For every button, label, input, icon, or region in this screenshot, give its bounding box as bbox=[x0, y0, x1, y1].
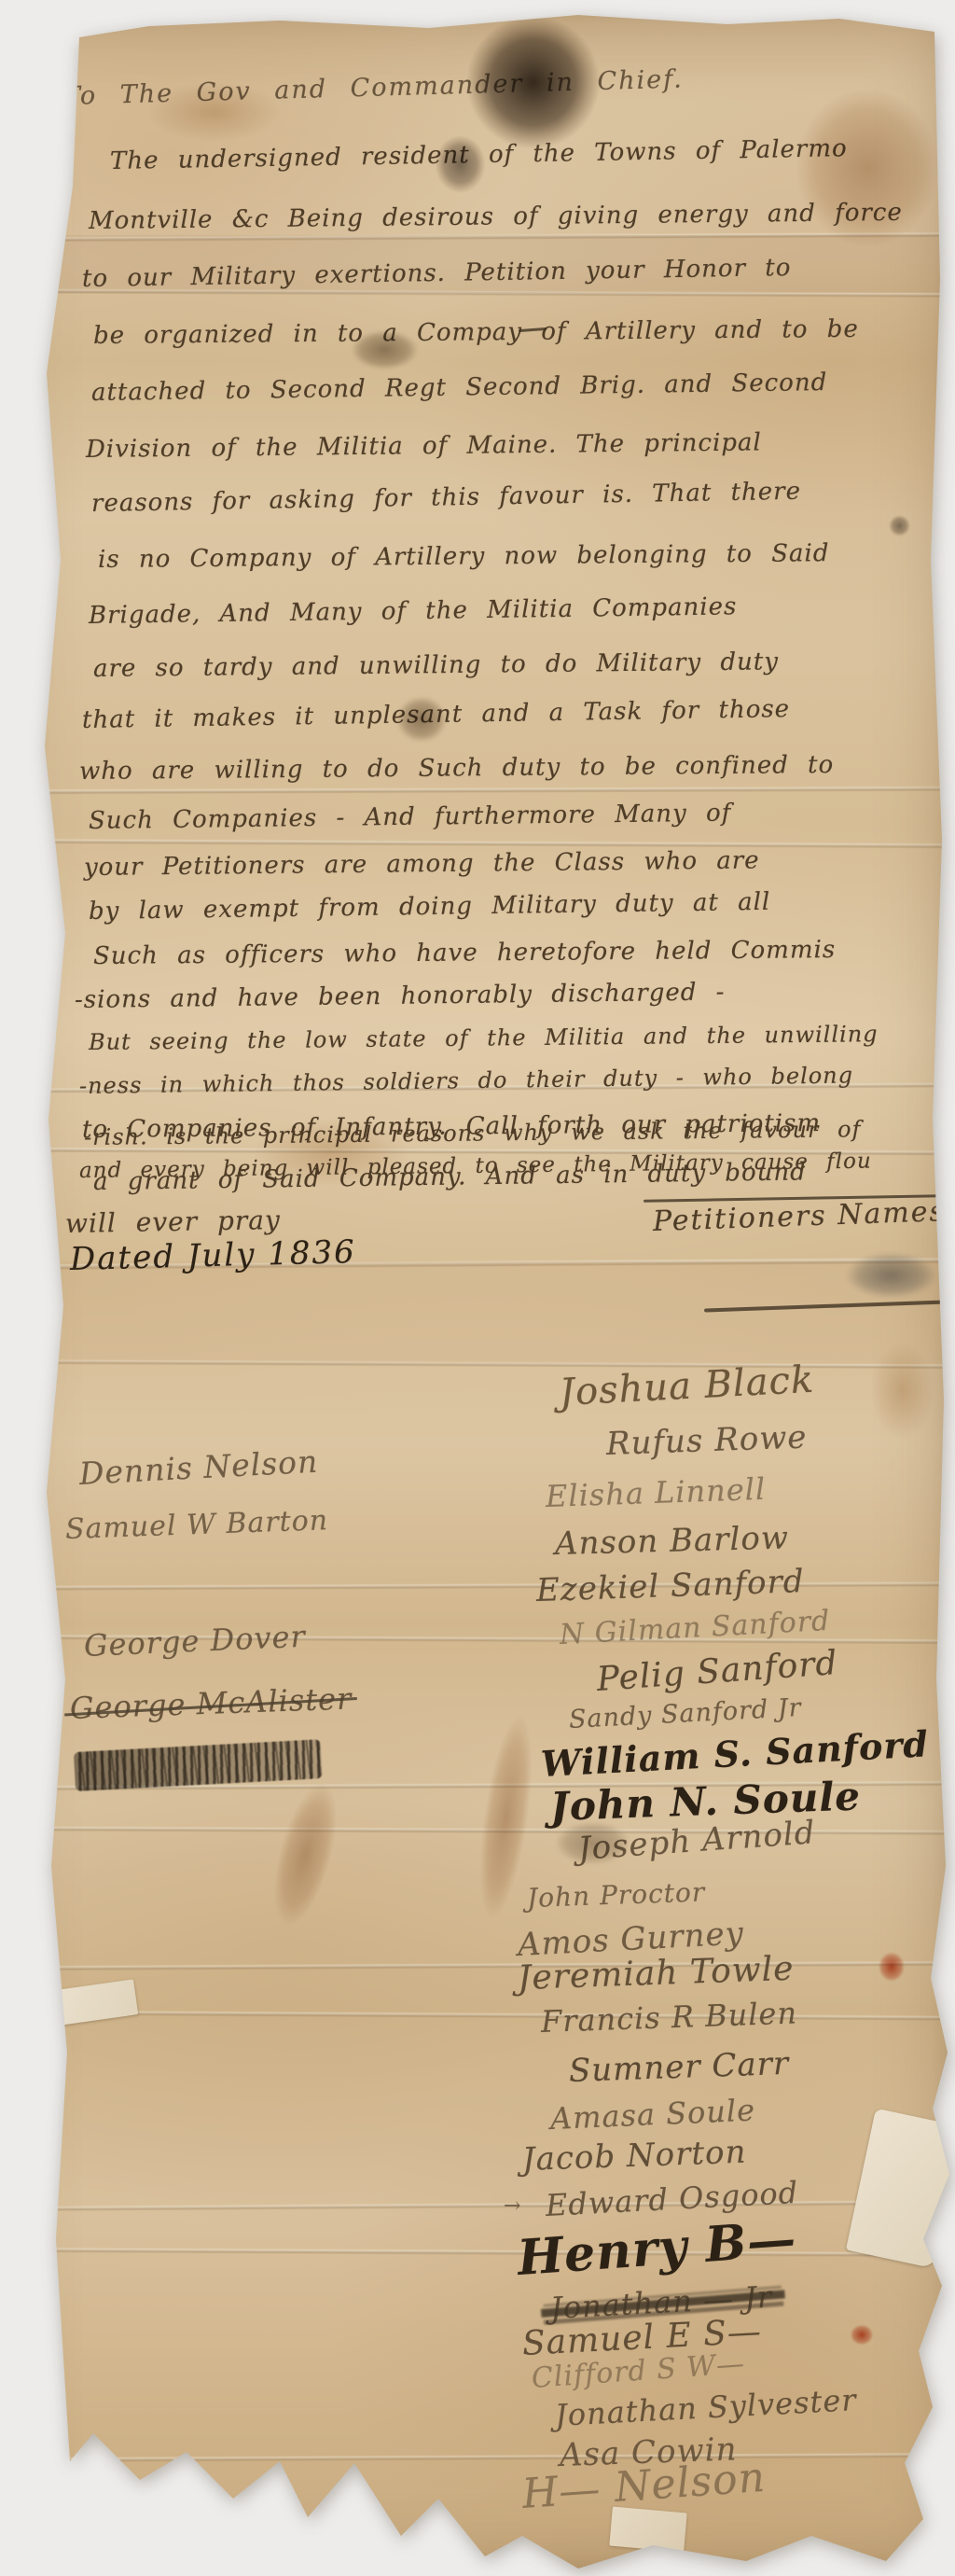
red-wax-mark bbox=[877, 1950, 907, 1984]
tape-fragment bbox=[43, 1979, 138, 2026]
fold-crease bbox=[9, 787, 946, 794]
signature: N Gilman Sanford bbox=[559, 1605, 831, 1651]
water-streak bbox=[254, 1763, 357, 1946]
manuscript-line: that it makes it unplesant and a Task fo… bbox=[82, 695, 791, 734]
ink-stroke bbox=[704, 1300, 947, 1312]
manuscript-line: by law exempt from doing Military duty a… bbox=[89, 888, 771, 926]
fold-crease bbox=[9, 2248, 946, 2256]
signature: Samuel W Barton bbox=[64, 1504, 328, 1546]
signature: Ezekiel Sanford bbox=[535, 1563, 805, 1609]
petition-paper: To The Gov and Commander in Chief. The u… bbox=[0, 0, 955, 2576]
photo-backdrop: To The Gov and Commander in Chief. The u… bbox=[0, 0, 955, 2576]
signature-struck: George McAlister bbox=[69, 1680, 353, 1726]
manuscript-line: your Petitioners are among the Class who… bbox=[84, 846, 760, 882]
signature: Sumner Carr bbox=[568, 2045, 790, 2090]
manuscript-line: Montville &c Being desirous of giving en… bbox=[89, 199, 903, 235]
manuscript-line: But seeing the low state of the Militia … bbox=[89, 1021, 879, 1055]
manuscript-line: Such as officers who have heretofore hel… bbox=[93, 936, 836, 970]
manuscript-line: Division of the Militia of Maine. The pr… bbox=[86, 428, 762, 464]
manuscript-line: are so tardy and unwilling to do Militar… bbox=[93, 647, 779, 683]
manuscript-line: be organized in to a Compay of Artillery… bbox=[93, 315, 859, 350]
blue-ink-smear bbox=[837, 1248, 945, 1302]
tape-fragment bbox=[609, 2507, 686, 2553]
ink-spot bbox=[884, 513, 912, 541]
signature: Joshua Black bbox=[559, 1358, 815, 1414]
manuscript-line: will ever pray bbox=[65, 1204, 281, 1239]
paper-tone-band bbox=[0, 1261, 955, 1364]
manuscript-line: reasons for asking for this favour is. T… bbox=[91, 478, 801, 518]
manuscript-line: to our Military exertions. Petition your… bbox=[82, 254, 792, 293]
fold-crease bbox=[9, 2453, 946, 2461]
manuscript-line: is no Company of Artillery now belonging… bbox=[98, 539, 830, 574]
signature: Anson Barlow bbox=[554, 1519, 789, 1563]
signature: Pelig Sanford bbox=[596, 1644, 839, 1699]
signature: Sandy Sanford Jr bbox=[568, 1693, 802, 1734]
fold-crease bbox=[9, 1961, 946, 1970]
red-wax-mark bbox=[849, 2323, 875, 2346]
manuscript-line: attached to Second Regt Second Brig. and… bbox=[91, 369, 828, 407]
manuscript-line: The undersigned resident of the Towns of… bbox=[110, 134, 848, 175]
fold-crease bbox=[9, 1582, 946, 1590]
fold-crease bbox=[9, 2200, 946, 2210]
arrow-mark: → bbox=[504, 2194, 520, 2218]
signature: Elisha Linnell bbox=[545, 1471, 766, 1514]
signature: Dennis Nelson bbox=[78, 1443, 319, 1492]
fold-crease bbox=[9, 839, 946, 847]
signature: Francis R Bulen bbox=[540, 1995, 797, 2040]
manuscript-line: who are willing to do Such duty to be co… bbox=[79, 751, 834, 786]
date-line: Dated July 1836 bbox=[69, 1233, 356, 1278]
fold-crease bbox=[9, 2011, 946, 2020]
paper-shadow-wrap: To The Gov and Commander in Chief. The u… bbox=[0, 0, 955, 2576]
manuscript-line: -sions and have been honorably discharge… bbox=[75, 978, 726, 1014]
water-stain bbox=[863, 1330, 942, 1451]
signature: Amasa Soule bbox=[549, 2092, 756, 2137]
signature: John Proctor bbox=[526, 1876, 705, 1914]
manuscript-line: Brigade, And Many of the Militia Compani… bbox=[89, 592, 738, 630]
scribbled-signature bbox=[74, 1739, 323, 1791]
manuscript-salutation: To The Gov and Commander in Chief. bbox=[63, 64, 685, 111]
petitioners-names-label: Petitioners Names bbox=[652, 1195, 946, 1238]
manuscript-line: -ness in which thos soldiers do their du… bbox=[79, 1062, 853, 1099]
signature: George Dover bbox=[83, 1619, 306, 1664]
manuscript-line: Such Companies - And furthermore Many of bbox=[89, 800, 732, 835]
signature: Rufus Rowe bbox=[605, 1418, 808, 1462]
signature: Jacob Norton bbox=[521, 2134, 747, 2179]
tape-fragment bbox=[846, 2109, 955, 2269]
